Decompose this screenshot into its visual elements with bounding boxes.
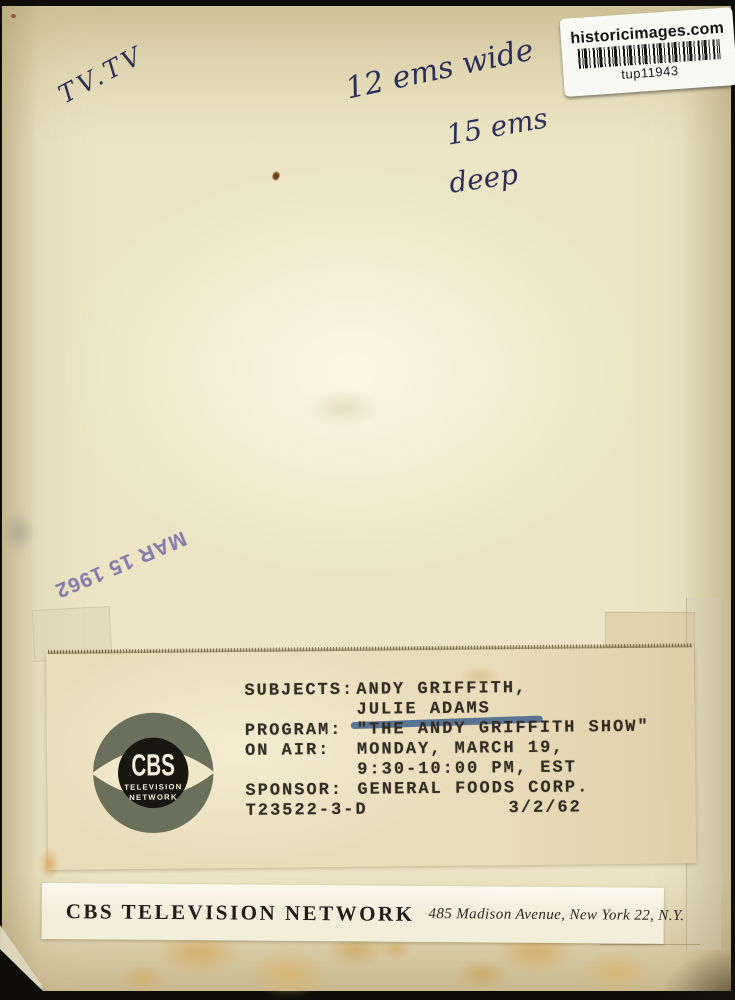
- caption-field-value: ANDY GRIFFITH,: [356, 679, 527, 701]
- scan-shadow-corner: [615, 910, 735, 1000]
- caption-field-label: [245, 761, 357, 782]
- cbs-logo-brand-text: CBS: [131, 747, 175, 782]
- caption-field-value: "THE ANDY GRIFFITH SHOW": [357, 718, 650, 741]
- footer-network-label: CBS TELEVISION NETWORK 485 Madison Avenu…: [42, 883, 664, 944]
- caption-row-code: T23522-3-D 3/2/62: [246, 797, 686, 822]
- caption-field-value: MONDAY, MARCH 19,: [357, 739, 565, 761]
- caption-field-value: JULIE ADAMS: [357, 699, 491, 720]
- stain-speck: [11, 14, 16, 18]
- network-name-text: CBS TELEVISION NETWORK: [66, 899, 415, 927]
- underlined-name: JULIE ADAMS: [357, 699, 491, 719]
- caption-field-label: [245, 701, 357, 722]
- cbs-logo-subtitle2: NETWORK: [129, 793, 178, 803]
- caption-label: CBS TELEVISION NETWORK SUBJECTS: ANDY GR…: [46, 647, 696, 870]
- barcode-sticker: historicimages.com tup11943: [559, 7, 735, 97]
- sticker-code-text: tup11943: [621, 62, 679, 81]
- caption-field-label: SUBJECTS:: [244, 681, 356, 702]
- caption-field-label: ON AIR:: [245, 741, 357, 762]
- caption-field-label: PROGRAM:: [245, 721, 357, 742]
- caption-field-label: SPONSOR:: [245, 781, 357, 802]
- typed-caption-block: SUBJECTS: ANDY GRIFFITH, JULIE ADAMS PRO…: [244, 677, 685, 822]
- photo-verso-scan: TV.TV 12 ems wide 15 ems deep f, histori…: [0, 0, 735, 1000]
- caption-field-value: 9:30-10:00 PM, EST: [357, 758, 577, 780]
- cbs-logo-subtitle1: TELEVISION: [124, 782, 183, 792]
- cbs-eye-logo: CBS TELEVISION NETWORK: [89, 708, 218, 837]
- caption-field-label: T23522-3-D: [246, 801, 358, 822]
- caption-field-value: 3/2/62: [509, 798, 582, 819]
- caption-field-value: GENERAL FOODS CORP.: [357, 778, 589, 800]
